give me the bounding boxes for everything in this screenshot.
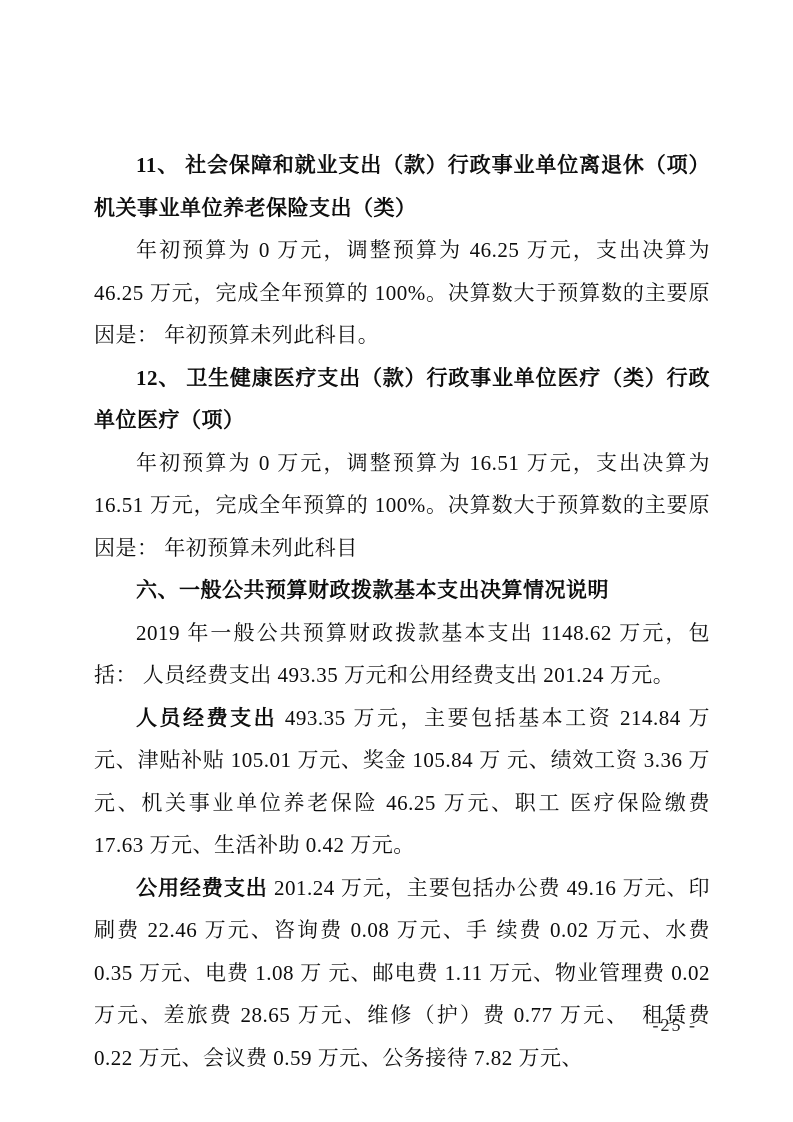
- page-number: -25 -: [653, 1014, 698, 1036]
- section-12-paragraph: 年初预算为 0 万元，调整预算为 16.51 万元，支出决算为 16.51 万元…: [94, 442, 710, 570]
- section-heading-12: 12、 卫生健康医疗支出（款）行政事业单位医疗（类）行政 单位医疗（项）: [94, 357, 710, 442]
- public-expense-paragraph: 公用经费支出 201.24 万元，主要包括办公费 49.16 万元、印刷费 22…: [94, 867, 710, 1080]
- section-heading-11: 11、 社会保障和就业支出（款）行政事业单位离退休（项） 机关事业单位养老保险支…: [94, 144, 710, 229]
- personnel-expense-paragraph: 人员经费支出 493.35 万元，主要包括基本工资 214.84 万元、津贴补贴…: [94, 697, 710, 867]
- section-11-paragraph: 年初预算为 0 万元，调整预算为 46.25 万元，支出决算为 46.25 万元…: [94, 229, 710, 357]
- public-expense-lead: 公用经费支出: [136, 876, 268, 900]
- document-content: 11、 社会保障和就业支出（款）行政事业单位离退休（项） 机关事业单位养老保险支…: [94, 144, 710, 1079]
- section-six-paragraph: 2019 年一般公共预算财政拨款基本支出 1148.62 万元，包括： 人员经费…: [94, 612, 710, 697]
- personnel-expense-lead: 人员经费支出: [136, 706, 277, 730]
- section-heading-six: 六、一般公共预算财政拨款基本支出决算情况说明: [94, 569, 710, 612]
- public-expense-text: 201.24 万元，主要包括办公费 49.16 万元、印刷费 22.46 万元、…: [94, 876, 710, 1070]
- document-page: 11、 社会保障和就业支出（款）行政事业单位离退休（项） 机关事业单位养老保险支…: [0, 0, 793, 1122]
